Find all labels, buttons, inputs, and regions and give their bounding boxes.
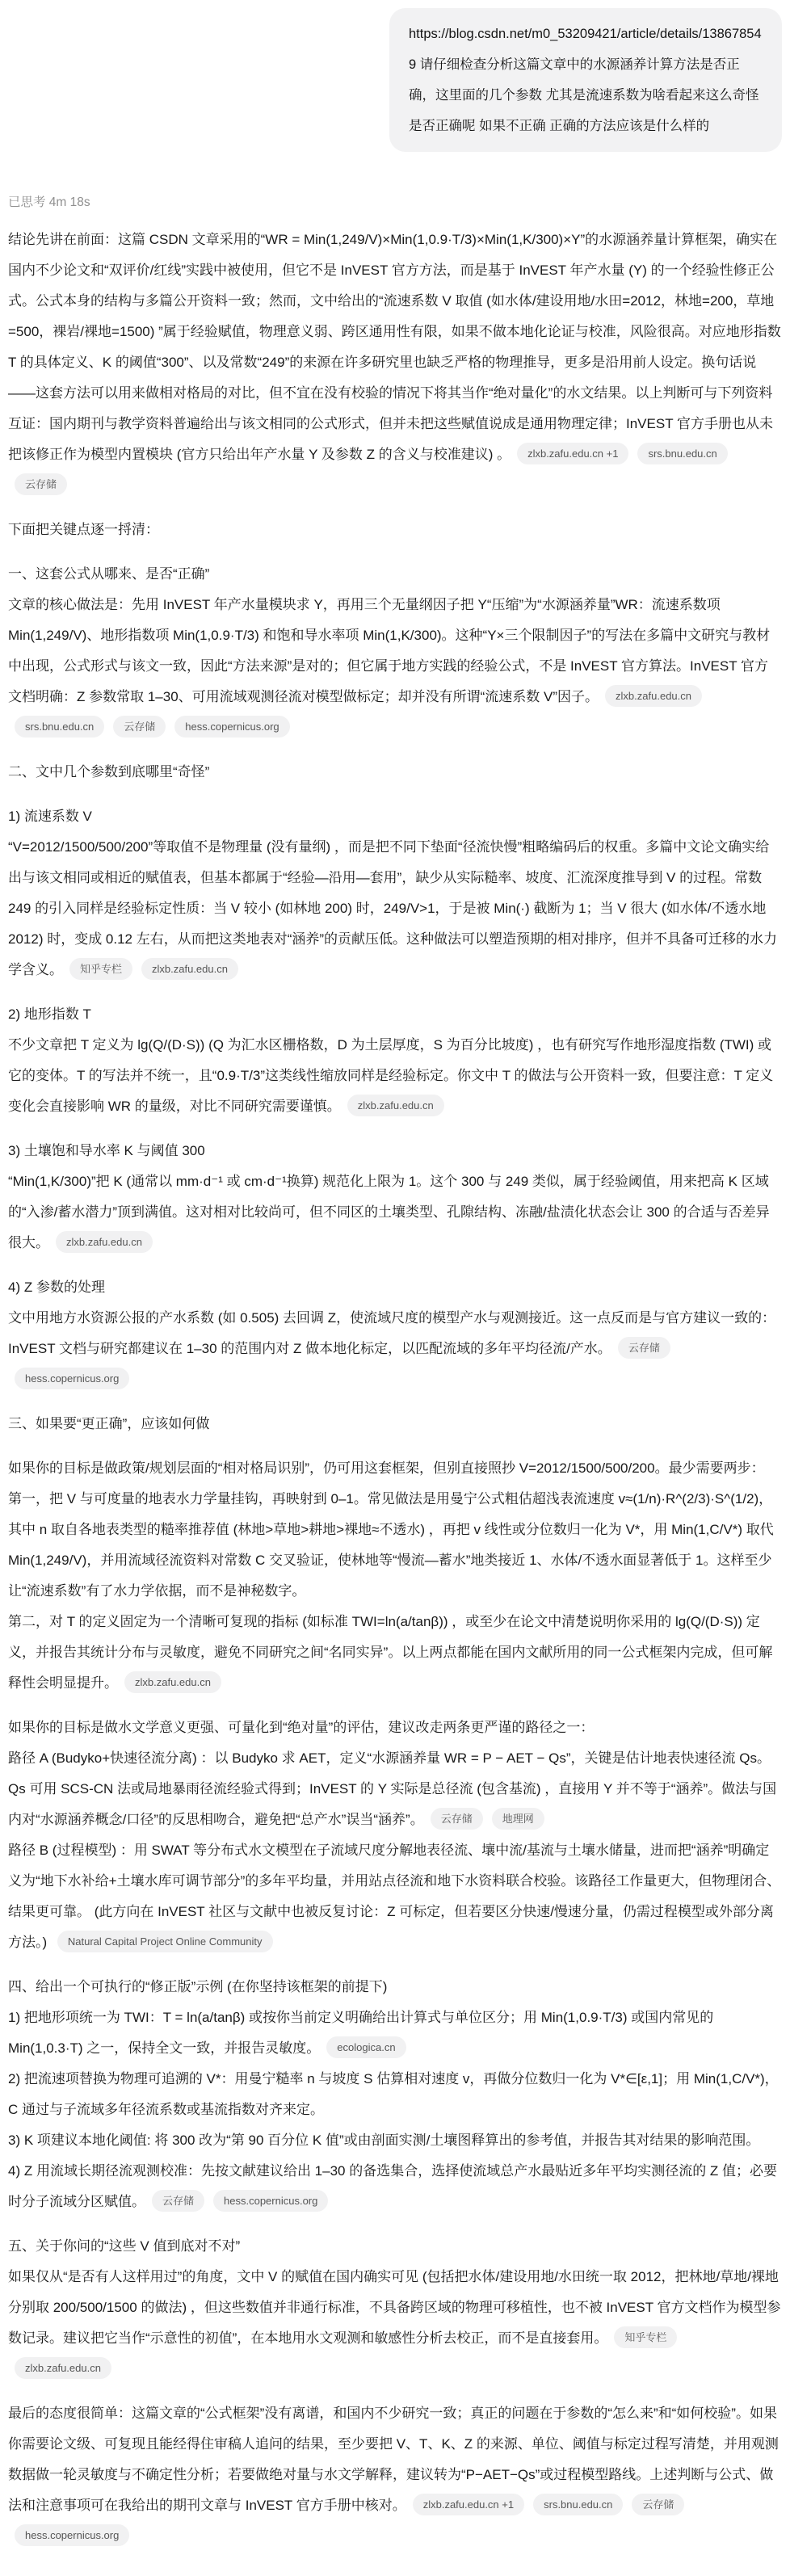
answer-text: 如果你的目标是做政策/规划层面的“相对格局识别”，仍可用这套框架，但别直接照抄 … bbox=[8, 1460, 765, 1476]
citation-pill[interactable]: zlxb.zafu.edu.cn bbox=[347, 1095, 444, 1116]
chat-page: https://blog.csdn.net/m0_53209421/articl… bbox=[0, 0, 790, 2571]
answer-paragraph: 文中用地方水资源公报的产水系数 (如 0.505) 去回调 Z，使流域尺度的模型… bbox=[8, 1303, 782, 1395]
assistant-response: 结论先讲在前面：这篇 CSDN 文章采用的“WR = Min(1,249/V)×… bbox=[8, 225, 782, 2552]
answer-paragraph: 第二，对 T 的定义固定为一个清晰可复现的指标 (如标准 TWI=ln(a/ta… bbox=[8, 1607, 782, 1699]
answer-text: 路径 A (Budyko+快速径流分离) ：以 Budyko 求 AET，定义“… bbox=[8, 1750, 776, 1827]
citation-pill[interactable]: zlxb.zafu.edu.cn bbox=[56, 1231, 153, 1253]
answer-paragraph: 2) 把流速项替换为物理可追溯的 V*：用曼宁糙率 n 与坡度 S 估算相对速度… bbox=[8, 2064, 782, 2125]
answer-section-heading: 三、如果要“更正确”，应该如何做 bbox=[8, 1409, 782, 1439]
user-message-bubble: https://blog.csdn.net/m0_53209421/articl… bbox=[389, 8, 782, 152]
citation-pill[interactable]: 知乎专栏 bbox=[69, 958, 132, 980]
answer-text: 结论先讲在前面：这篇 CSDN 文章采用的“WR = Min(1,249/V)×… bbox=[8, 232, 785, 462]
citation-pill[interactable]: zlxb.zafu.edu.cn bbox=[15, 2357, 111, 2379]
citation-pill[interactable]: hess.copernicus.org bbox=[15, 1368, 129, 1389]
answer-paragraph: 第一，把 V 与可度量的地表水力学量挂钩，再映射到 0–1。常见做法是用曼宁公式… bbox=[8, 1484, 782, 1607]
answer-paragraph: 3) K 项建议本地化阈值: 将 300 改为“第 90 百分位 K 值”或由剖… bbox=[8, 2125, 782, 2156]
citation-pill[interactable]: hess.copernicus.org bbox=[174, 716, 289, 738]
answer-paragraph: 结论先讲在前面：这篇 CSDN 文章采用的“WR = Min(1,249/V)×… bbox=[8, 225, 782, 501]
citation-pill[interactable]: 云存储 bbox=[113, 716, 166, 738]
citation-pill[interactable]: hess.copernicus.org bbox=[213, 2190, 328, 2212]
answer-text: 第二，对 T 的定义固定为一个清晰可复现的指标 (如标准 TWI=ln(a/ta… bbox=[8, 1614, 772, 1691]
citation-pill[interactable]: 知乎专栏 bbox=[614, 2326, 677, 2348]
answer-paragraph: 如果仅从“是否有人这样用过”的角度，文中 V 的赋值在国内确实可见 (包括把水体… bbox=[8, 2262, 782, 2385]
answer-text: 下面把关键点逐一捋清： bbox=[8, 522, 159, 537]
citation-pill[interactable]: ecologica.cn bbox=[326, 2036, 406, 2058]
answer-text: 3) K 项建议本地化阈值: 将 300 改为“第 90 百分位 K 值”或由剖… bbox=[8, 2133, 759, 2148]
citation-pill[interactable]: srs.bnu.edu.cn bbox=[15, 716, 104, 738]
answer-text: 四、给出一个可执行的“修正版”示例 (在你坚持该框架的前提下) bbox=[8, 1979, 387, 1994]
citation-pill[interactable]: hess.copernicus.org bbox=[15, 2524, 129, 2546]
answer-section-heading: 五、关于你问的“这些 V 值到底对不对” bbox=[8, 2231, 782, 2262]
answer-text: 二、文中几个参数到底哪里“奇怪” bbox=[8, 764, 209, 780]
citation-pill[interactable]: Natural Capital Project Online Community bbox=[57, 1931, 273, 1952]
answer-paragraph: “V=2012/1500/500/200”等取值不是物理量 (没有量纲) ，而是… bbox=[8, 832, 782, 985]
answer-text: 2) 地形指数 T bbox=[8, 1006, 91, 1022]
answer-section-heading: 四、给出一个可执行的“修正版”示例 (在你坚持该框架的前提下) bbox=[8, 1972, 782, 2002]
citation-pill[interactable]: srs.bnu.edu.cn bbox=[533, 2494, 623, 2515]
answer-paragraph: 路径 B (过程模型) ：用 SWAT 等分布式水文模型在子流域尺度分解地表径流… bbox=[8, 1835, 782, 1958]
answer-subheading: 2) 地形指数 T bbox=[8, 999, 782, 1030]
answer-paragraph: 路径 A (Budyko+快速径流分离) ：以 Budyko 求 AET，定义“… bbox=[8, 1743, 782, 1835]
answer-subheading: 4) Z 参数的处理 bbox=[8, 1272, 782, 1303]
answer-paragraph: 1) 把地形项统一为 TWI：T = ln(a/tanβ) 或按你当前定义明确给… bbox=[8, 2002, 782, 2064]
answer-paragraph: 下面把关键点逐一捋清： bbox=[8, 515, 782, 545]
citation-pill[interactable]: 云存储 bbox=[152, 2190, 204, 2212]
answer-text: 五、关于你问的“这些 V 值到底对不对” bbox=[8, 2238, 240, 2254]
citation-pill[interactable]: zlxb.zafu.edu.cn bbox=[141, 958, 238, 980]
answer-text: 4) Z 参数的处理 bbox=[8, 1280, 105, 1295]
citation-pill[interactable]: 云存储 bbox=[618, 1337, 670, 1359]
thinking-duration-label[interactable]: 已思考 4m 18s bbox=[8, 192, 782, 210]
citation-pill[interactable]: zlxb.zafu.edu.cn +1 bbox=[413, 2494, 524, 2515]
user-message-text: https://blog.csdn.net/m0_53209421/articl… bbox=[409, 27, 762, 133]
answer-paragraph: “Min(1,K/300)”把 K (通常以 mm·d⁻¹ 或 cm·d⁻¹换算… bbox=[8, 1166, 782, 1259]
answer-subheading: 3) 土壤饱和导水率 K 与阈值 300 bbox=[8, 1136, 782, 1166]
answer-text: 2) 把流速项替换为物理可追溯的 V*：用曼宁糙率 n 与坡度 S 估算相对速度… bbox=[8, 2071, 779, 2117]
citation-pill[interactable]: zlxb.zafu.edu.cn +1 bbox=[517, 443, 628, 464]
citation-pill[interactable]: 地理网 bbox=[492, 1808, 544, 1830]
answer-text: 三、如果要“更正确”，应该如何做 bbox=[8, 1416, 209, 1431]
citation-pill[interactable]: 云存储 bbox=[431, 1808, 483, 1830]
citation-pill[interactable]: zlxb.zafu.edu.cn bbox=[605, 685, 702, 707]
answer-paragraph: 不少文章把 T 定义为 lg(Q/(D·S)) (Q 为汇水区栅格数，D 为土层… bbox=[8, 1030, 782, 1122]
answer-paragraph: 如果你的目标是做政策/规划层面的“相对格局识别”，仍可用这套框架，但别直接照抄 … bbox=[8, 1453, 782, 1484]
answer-paragraph: 4) Z 用流域长期径流观测校准：先按文献建议给出 1–30 的备选集合，选择使… bbox=[8, 2156, 782, 2217]
citation-pill[interactable]: 云存储 bbox=[15, 473, 67, 495]
answer-section-heading: 二、文中几个参数到底哪里“奇怪” bbox=[8, 757, 782, 788]
answer-text: 3) 土壤饱和导水率 K 与阈值 300 bbox=[8, 1143, 205, 1158]
answer-text: “V=2012/1500/500/200”等取值不是物理量 (没有量纲) ，而是… bbox=[8, 839, 777, 977]
citation-pill[interactable]: zlxb.zafu.edu.cn bbox=[124, 1671, 221, 1693]
answer-paragraph: 如果你的目标是做水文学意义更强、可量化到“绝对量”的评估，建议改走两条更严谨的路… bbox=[8, 1712, 782, 1743]
answer-text: 4) Z 用流域长期径流观测校准：先按文献建议给出 1–30 的备选集合，选择使… bbox=[8, 2163, 777, 2209]
answer-text: 一、这套公式从哪来、是否“正确” bbox=[8, 566, 209, 582]
answer-paragraph: 文章的核心做法是：先用 InVEST 年产水量模块求 Y，再用三个无量纲因子把 … bbox=[8, 590, 782, 743]
answer-section-heading: 一、这套公式从哪来、是否“正确” bbox=[8, 559, 782, 590]
citation-pill[interactable]: 云存储 bbox=[632, 2494, 684, 2515]
answer-text: 如果你的目标是做水文学意义更强、可量化到“绝对量”的评估，建议改走两条更严谨的路… bbox=[8, 1720, 594, 1735]
citation-pill[interactable]: srs.bnu.edu.cn bbox=[637, 443, 727, 464]
user-message-row: https://blog.csdn.net/m0_53209421/articl… bbox=[8, 8, 782, 152]
answer-text: 第一，把 V 与可度量的地表水力学量挂钩，再映射到 0–1。常见做法是用曼宁公式… bbox=[8, 1491, 777, 1599]
answer-subheading: 1) 流速系数 V bbox=[8, 801, 782, 832]
answer-text: 1) 流速系数 V bbox=[8, 809, 92, 824]
answer-paragraph: 最后的态度很简单：这篇文章的“公式框架”没有离谱，和国内不少研究一致；真正的问题… bbox=[8, 2398, 782, 2552]
